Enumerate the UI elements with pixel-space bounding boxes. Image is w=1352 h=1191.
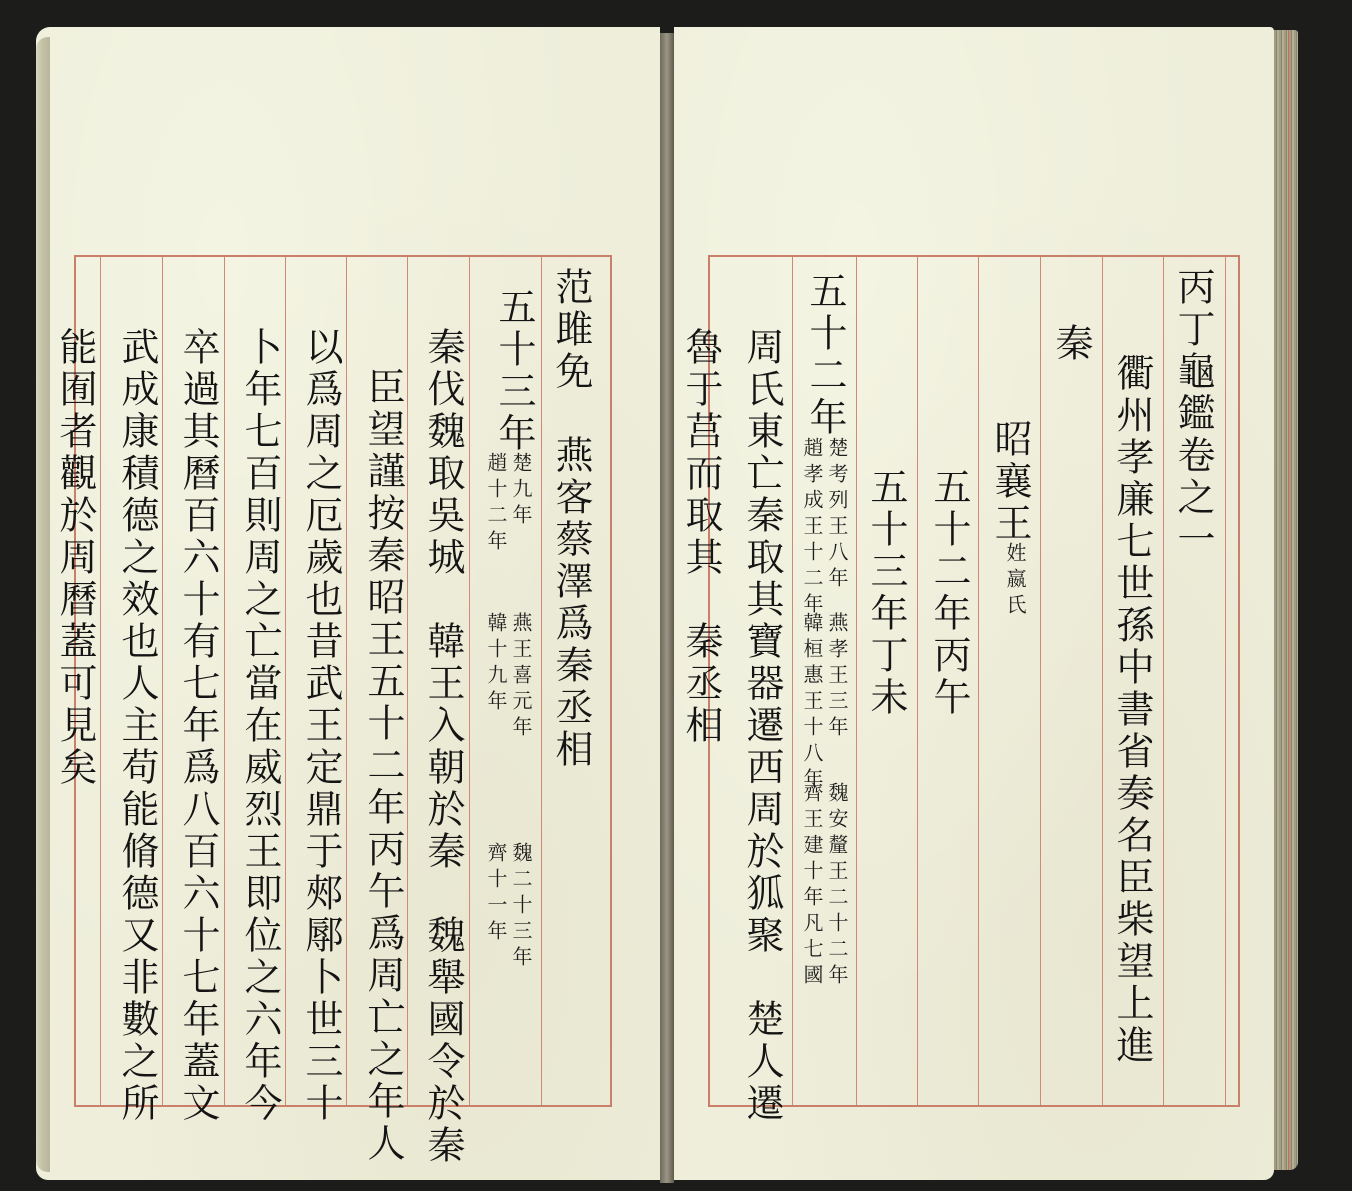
text-column-entry: 魯于莒而取其 秦丞相 — [682, 327, 720, 747]
column-rule — [285, 257, 286, 1105]
column-rule — [469, 257, 470, 1105]
annotation: 韓桓惠王十八年 — [802, 612, 822, 794]
text-column-commentary: 以爲周之厄歲也昔武王定鼎于郟鄏卜世三十 — [302, 327, 340, 1125]
annotation: 齊十一年 — [486, 842, 506, 946]
text-column-entry: 秦伐魏取吳城 韓王入朝於秦 魏舉國令於秦 — [424, 327, 462, 1167]
column-rule — [978, 257, 979, 1105]
annotation: 楚九年 — [511, 452, 531, 530]
column-rule — [162, 257, 163, 1105]
annotation: 韓十九年 — [486, 612, 506, 716]
text-column-commentary: 能囿者觀於周曆蓋可見矣 — [56, 327, 94, 789]
text-column-commentary: 卒過其曆百六十有七年爲八百六十七年蓋文 — [179, 327, 217, 1125]
author-line: 衢州孝廉七世孫中書省奏名臣柴望上進 — [1113, 353, 1151, 1067]
right-page: 丙丁龜鑑卷之一 衢州孝廉七世孫中書省奏名臣柴望上進 秦 昭襄王 姓嬴氏 五十二年… — [674, 27, 1274, 1180]
column-rule — [224, 257, 225, 1105]
annotation: 楚考列王八年 — [827, 437, 847, 593]
column-rule — [346, 257, 347, 1105]
annotation: 趙十二年 — [486, 452, 506, 556]
annotation: 齊王建十年凡七國 — [802, 782, 822, 990]
annotation: 燕孝王三年 — [827, 612, 847, 742]
left-page-edge — [36, 37, 50, 1172]
column-rule — [1225, 257, 1226, 1105]
left-page: 范雎免 燕客蔡澤爲秦丞相 五十三年 楚九年 趙十二年 燕王喜元年 韓十九年 魏二… — [36, 27, 660, 1180]
ruler-note: 姓嬴氏 — [1005, 542, 1025, 620]
column-rule — [1163, 257, 1164, 1105]
column-rule — [1102, 257, 1103, 1105]
text-column-entry: 周氏東亡秦取其寶器遷西周於狐聚 楚人遷 — [743, 327, 781, 1125]
text-column-year: 五十二年丙午 — [930, 467, 968, 719]
column-rule — [407, 257, 408, 1105]
column-rule — [100, 257, 101, 1105]
page-stack-edge — [1274, 30, 1298, 1170]
column-rule — [792, 257, 793, 1105]
text-column-year: 五十三年丁未 — [867, 467, 905, 719]
text-column-year: 五十二年 — [806, 271, 844, 439]
annotation: 趙孝成王十二年 — [802, 437, 822, 619]
annotation: 魏二十三年 — [511, 842, 531, 972]
text-column-year: 五十三年 — [495, 287, 533, 455]
ruler-name: 昭襄王 — [991, 419, 1029, 545]
book-title: 丙丁龜鑑卷之一 — [1174, 267, 1212, 561]
text-column-commentary: 臣望謹按秦昭王五十二年丙午爲周亡之年人 — [364, 367, 402, 1165]
column-rule — [856, 257, 857, 1105]
book-gutter — [660, 33, 674, 1183]
text-column-commentary: 武成康積德之效也人主苟能脩德又非數之所 — [118, 327, 156, 1125]
left-page-frame: 范雎免 燕客蔡澤爲秦丞相 五十三年 楚九年 趙十二年 燕王喜元年 韓十九年 魏二… — [74, 255, 612, 1107]
dynasty-heading: 秦 — [1052, 323, 1090, 365]
column-rule — [541, 257, 542, 1105]
right-page-frame: 丙丁龜鑑卷之一 衢州孝廉七世孫中書省奏名臣柴望上進 秦 昭襄王 姓嬴氏 五十二年… — [708, 255, 1240, 1107]
annotation: 燕王喜元年 — [511, 612, 531, 742]
column-rule — [917, 257, 918, 1105]
text-column-commentary: 卜年七百則周之亡當在威烈王即位之六年今 — [241, 327, 279, 1125]
column-rule — [1040, 257, 1041, 1105]
text-column-entry: 范雎免 燕客蔡澤爲秦丞相 — [552, 267, 590, 771]
annotation: 魏安釐王二十二年 — [827, 782, 847, 990]
